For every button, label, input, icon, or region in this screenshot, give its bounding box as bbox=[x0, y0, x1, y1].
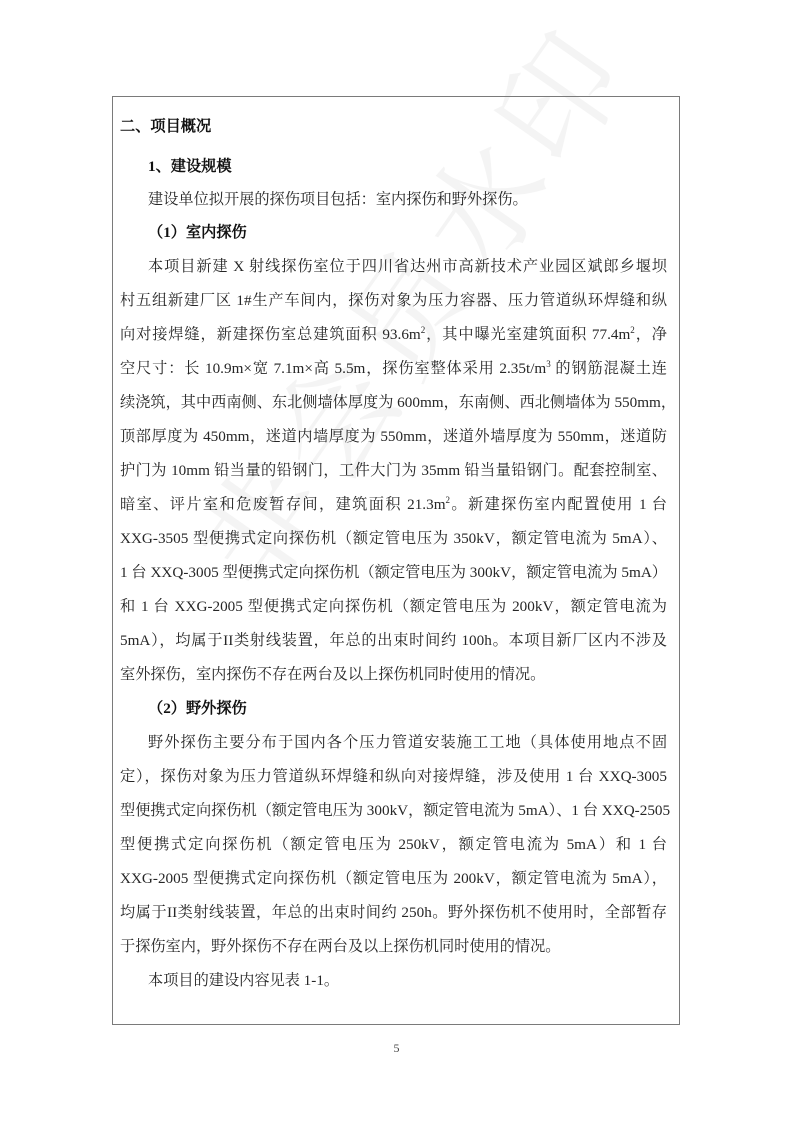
outdoor-line: 野外探伤主要分布于国内各个压力管道安装施工工地（具体使用地点不固 bbox=[148, 733, 667, 753]
indoor-line: 本项目新建 X 射线探伤室位于四川省达州市高新技术产业园区斌郎乡堰坝 bbox=[148, 257, 667, 277]
indoor-line: 5mA），均属于II类射线装置，年总的出束时间约 100h。本项目新厂区内不涉及 bbox=[120, 631, 667, 651]
indoor-line: 室外探伤，室内探伤不存在两台及以上探伤机同时使用的情况。 bbox=[120, 665, 545, 685]
indoor-line: 护门为 10mm 铅当量的铅钢门，工件大门为 35mm 铅当量铅钢门。配套控制室… bbox=[120, 461, 667, 481]
section-title: 二、项目概况 bbox=[120, 117, 211, 137]
outdoor-line: 定），探伤对象为压力管道纵环焊缝和纵向对接焊缝，涉及使用 1 台 XXQ-300… bbox=[120, 767, 667, 787]
outdoor-line: XXG-2005 型便携式定向探伤机（额定管电压为 200kV，额定管电流为 5… bbox=[120, 869, 667, 889]
indoor-line: 顶部厚度为 450mm，迷道内墙厚度为 550mm，迷道外墙厚度为 550mm，… bbox=[120, 427, 667, 447]
indoor-line: 1 台 XXQ-3005 型便携式定向探伤机（额定管电压为 300kV，额定管电… bbox=[120, 563, 667, 583]
subsection-title: 1、建设规模 bbox=[148, 157, 232, 177]
indoor-line: 村五组新建厂区 1#生产车间内，探伤对象为压力容器、压力管道纵环焊缝和纵 bbox=[120, 291, 667, 311]
indoor-line: 和 1 台 XXG-2005 型便携式定向探伤机（额定管电压为 200kV，额定… bbox=[120, 597, 667, 617]
closing-text: 本项目的建设内容见表 1-1。 bbox=[148, 971, 339, 991]
indoor-line: 暗室、评片室和危废暂存间，建筑面积 21.3m2。新建探伤室内配置使用 1 台 bbox=[120, 495, 667, 515]
indoor-line: 续浇筑，其中西南侧、东北侧墙体厚度为 600mm，东南侧、西北侧墙体为 550m… bbox=[120, 393, 667, 413]
outdoor-line: 型便携式定向探伤机（额定管电压为 300kV，额定管电流为 5mA）、1 台 X… bbox=[120, 801, 667, 821]
intro-text: 建设单位拟开展的探伤项目包括：室内探伤和野外探伤。 bbox=[148, 190, 528, 210]
outdoor-heading: （2）野外探伤 bbox=[148, 699, 247, 719]
outdoor-line: 均属于II类射线装置，年总的出束时间约 250h。野外探伤机不使用时，全部暂存 bbox=[120, 903, 667, 923]
indoor-line: 向对接焊缝，新建探伤室总建筑面积 93.6m2，其中曝光室建筑面积 77.4m2… bbox=[120, 325, 667, 345]
indoor-line: XXG-3505 型便携式定向探伤机（额定管电压为 350kV，额定管电流为 5… bbox=[120, 529, 667, 549]
page-number: 5 bbox=[0, 1041, 793, 1056]
outdoor-line: 于探伤室内，野外探伤不存在两台及以上探伤机同时使用的情况。 bbox=[120, 937, 560, 957]
outdoor-line: 型便携式定向探伤机（额定管电压为 250kV，额定管电流为 5mA）和 1 台 bbox=[120, 835, 667, 855]
indoor-line: 空尺寸：长 10.9m×宽 7.1m×高 5.5m，探伤室整体采用 2.35t/… bbox=[120, 359, 667, 379]
indoor-heading: （1）室内探伤 bbox=[148, 223, 247, 243]
